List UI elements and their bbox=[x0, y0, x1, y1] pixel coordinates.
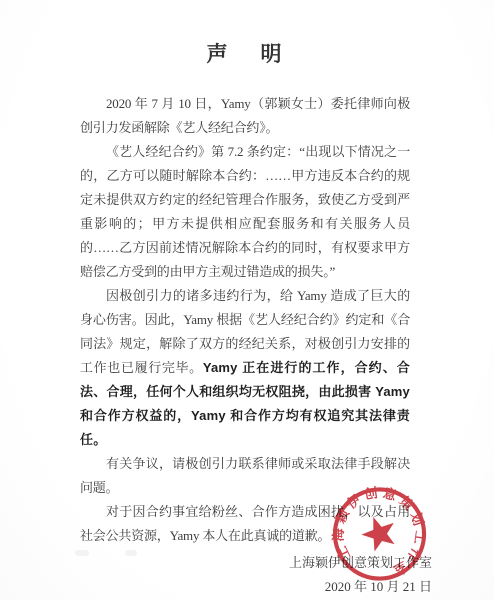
paragraph-dispute: 有关争议，请极创引力联系律师或采取法律手段解决问题。 bbox=[80, 452, 410, 500]
scan-smudge bbox=[75, 550, 89, 556]
signature-name: 上海颖伊创意策划工作室 bbox=[0, 551, 432, 575]
signature-block: 上海颖伊创意策划工作室 2020 年 10 月 21 日 bbox=[0, 551, 432, 599]
paragraph-apology: 对于因合约事宜给粉丝、合作方造成困扰，以及占用社会公共资源，Yamy 本人在此真… bbox=[80, 500, 410, 548]
page-title: 声 明 bbox=[0, 0, 494, 67]
signature-date: 2020 年 10 月 21 日 bbox=[0, 575, 432, 599]
statement-page: 声 明 2020 年 7 月 10 日，Yamy（郭颖女士）委托律师向极创引力发… bbox=[0, 0, 494, 600]
scan-smudge bbox=[125, 550, 137, 556]
paragraph-contract-clause: 《艺人经纪合约》第 7.2 条约定：“出现以下情况之一的，乙方可以随时解除本合约… bbox=[80, 140, 410, 284]
paragraph-notice: 2020 年 7 月 10 日，Yamy（郭颖女士）委托律师向极创引力发函解除《… bbox=[80, 92, 410, 140]
paragraph-termination: 因极创引力的诸多违约行为，给 Yamy 造成了巨大的身心伤害。因此，Yamy 根… bbox=[80, 284, 410, 452]
document-body: 2020 年 7 月 10 日，Yamy（郭颖女士）委托律师向极创引力发函解除《… bbox=[80, 92, 410, 548]
